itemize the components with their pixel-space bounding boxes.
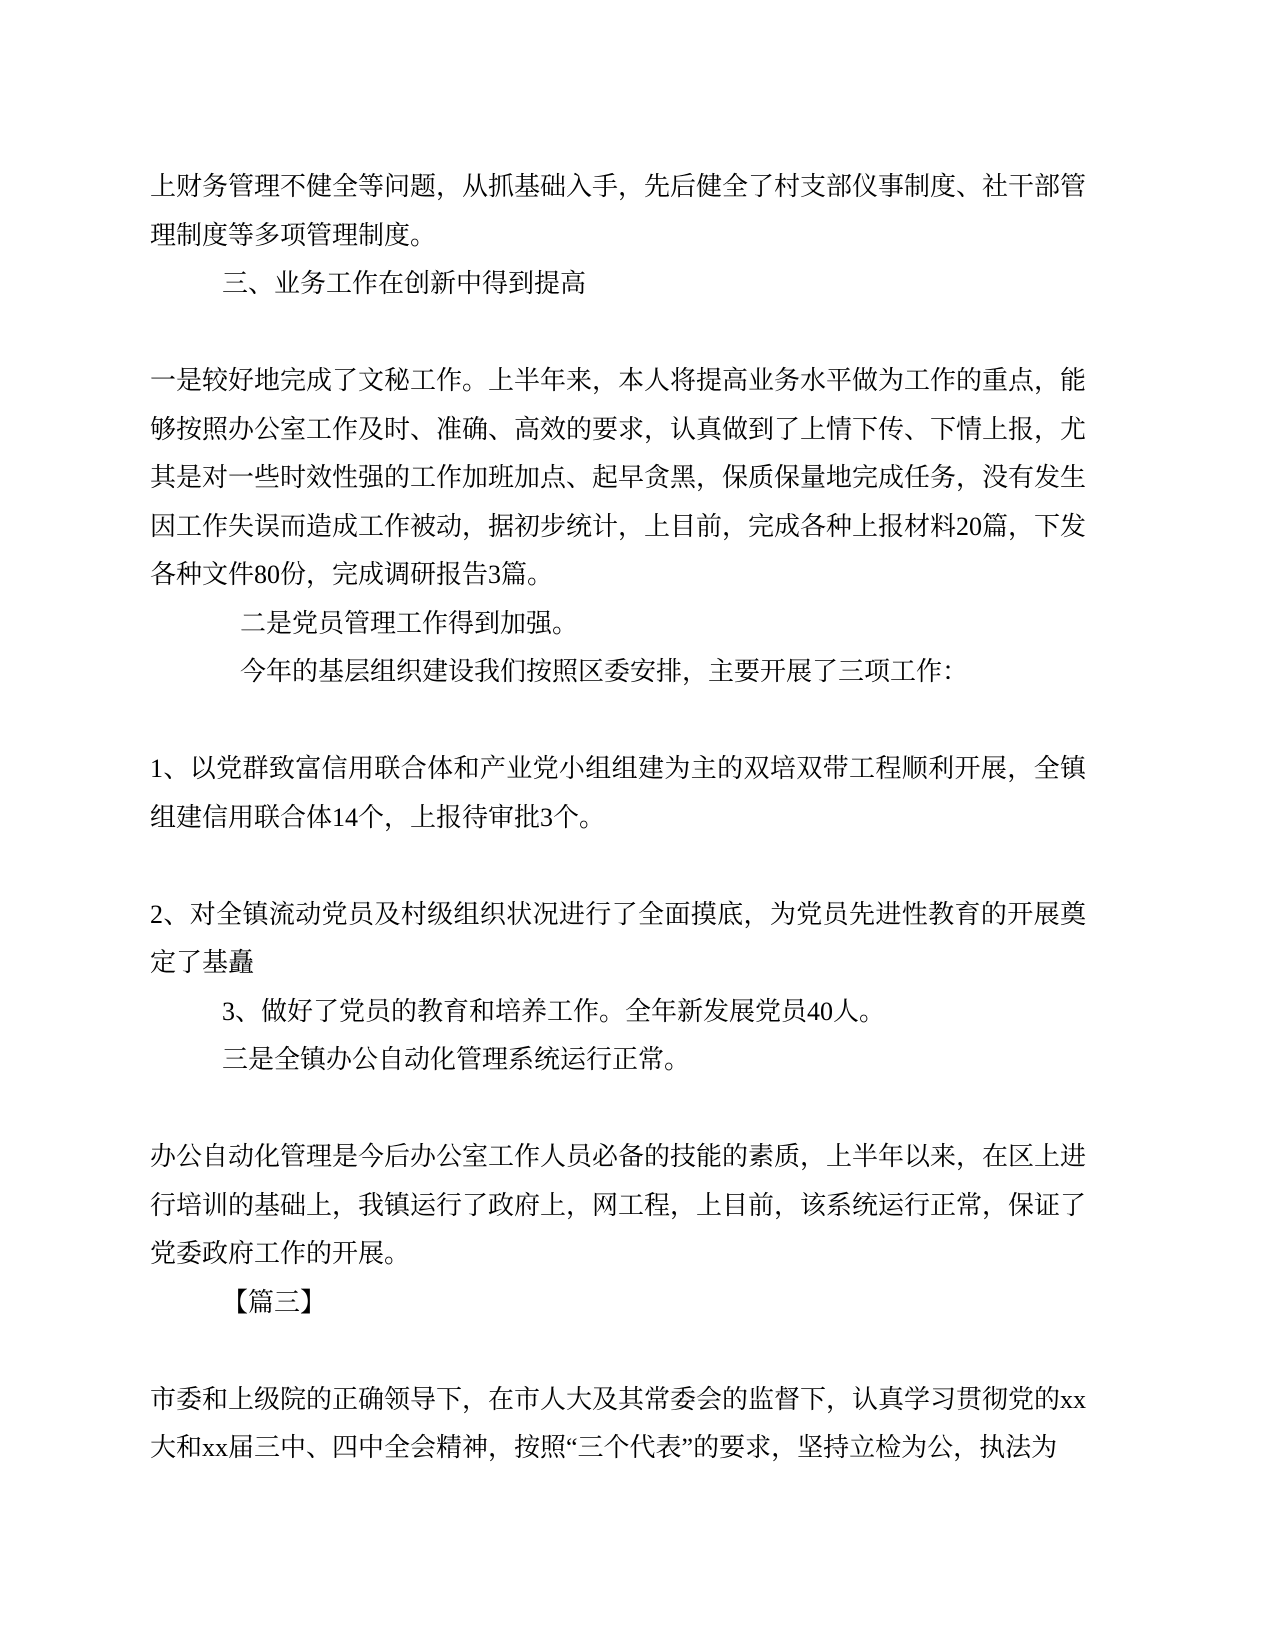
document-content: 上财务管理不健全等问题，从抓基础入手，先后健全了村支部仪事制度、社干部管理制度等…: [150, 163, 1086, 1473]
blank-line: [150, 842, 1086, 891]
paragraph: 办公自动化管理是今后办公室工作人员必备的技能的素质，上半年以来，在区上进行培训的…: [150, 1133, 1086, 1279]
blank-line: [150, 1085, 1086, 1134]
paragraph: 二是党员管理工作得到加强。: [150, 600, 1086, 649]
blank-line: [150, 697, 1086, 746]
paragraph: 2、对全镇流动党员及村级组织状况进行了全面摸底，为党员先进性教育的开展奠定了基矗: [150, 891, 1086, 988]
paragraph: 市委和上级院的正确领导下，在市人大及其常委会的监督下，认真学习贯彻党的xx大和x…: [150, 1376, 1086, 1473]
document-page: 上财务管理不健全等问题，从抓基础入手，先后健全了村支部仪事制度、社干部管理制度等…: [0, 0, 1275, 1650]
paragraph: 三、业务工作在创新中得到提高: [150, 260, 1086, 309]
paragraph: 今年的基层组织建设我们按照区委安排，主要开展了三项工作：: [150, 648, 1086, 697]
paragraph: 1、以党群致富信用联合体和产业党小组组建为主的双培双带工程顺利开展，全镇组建信用…: [150, 745, 1086, 842]
blank-line: [150, 309, 1086, 358]
blank-line: [150, 1327, 1086, 1376]
paragraph: 【篇三】: [150, 1279, 1086, 1328]
paragraph: 三是全镇办公自动化管理系统运行正常。: [150, 1036, 1086, 1085]
paragraph: 上财务管理不健全等问题，从抓基础入手，先后健全了村支部仪事制度、社干部管理制度等…: [150, 163, 1086, 260]
paragraph: 3、做好了党员的教育和培养工作。全年新发展党员40人。: [150, 988, 1086, 1037]
paragraph: 一是较好地完成了文秘工作。上半年来，本人将提高业务水平做为工作的重点，能够按照办…: [150, 357, 1086, 600]
